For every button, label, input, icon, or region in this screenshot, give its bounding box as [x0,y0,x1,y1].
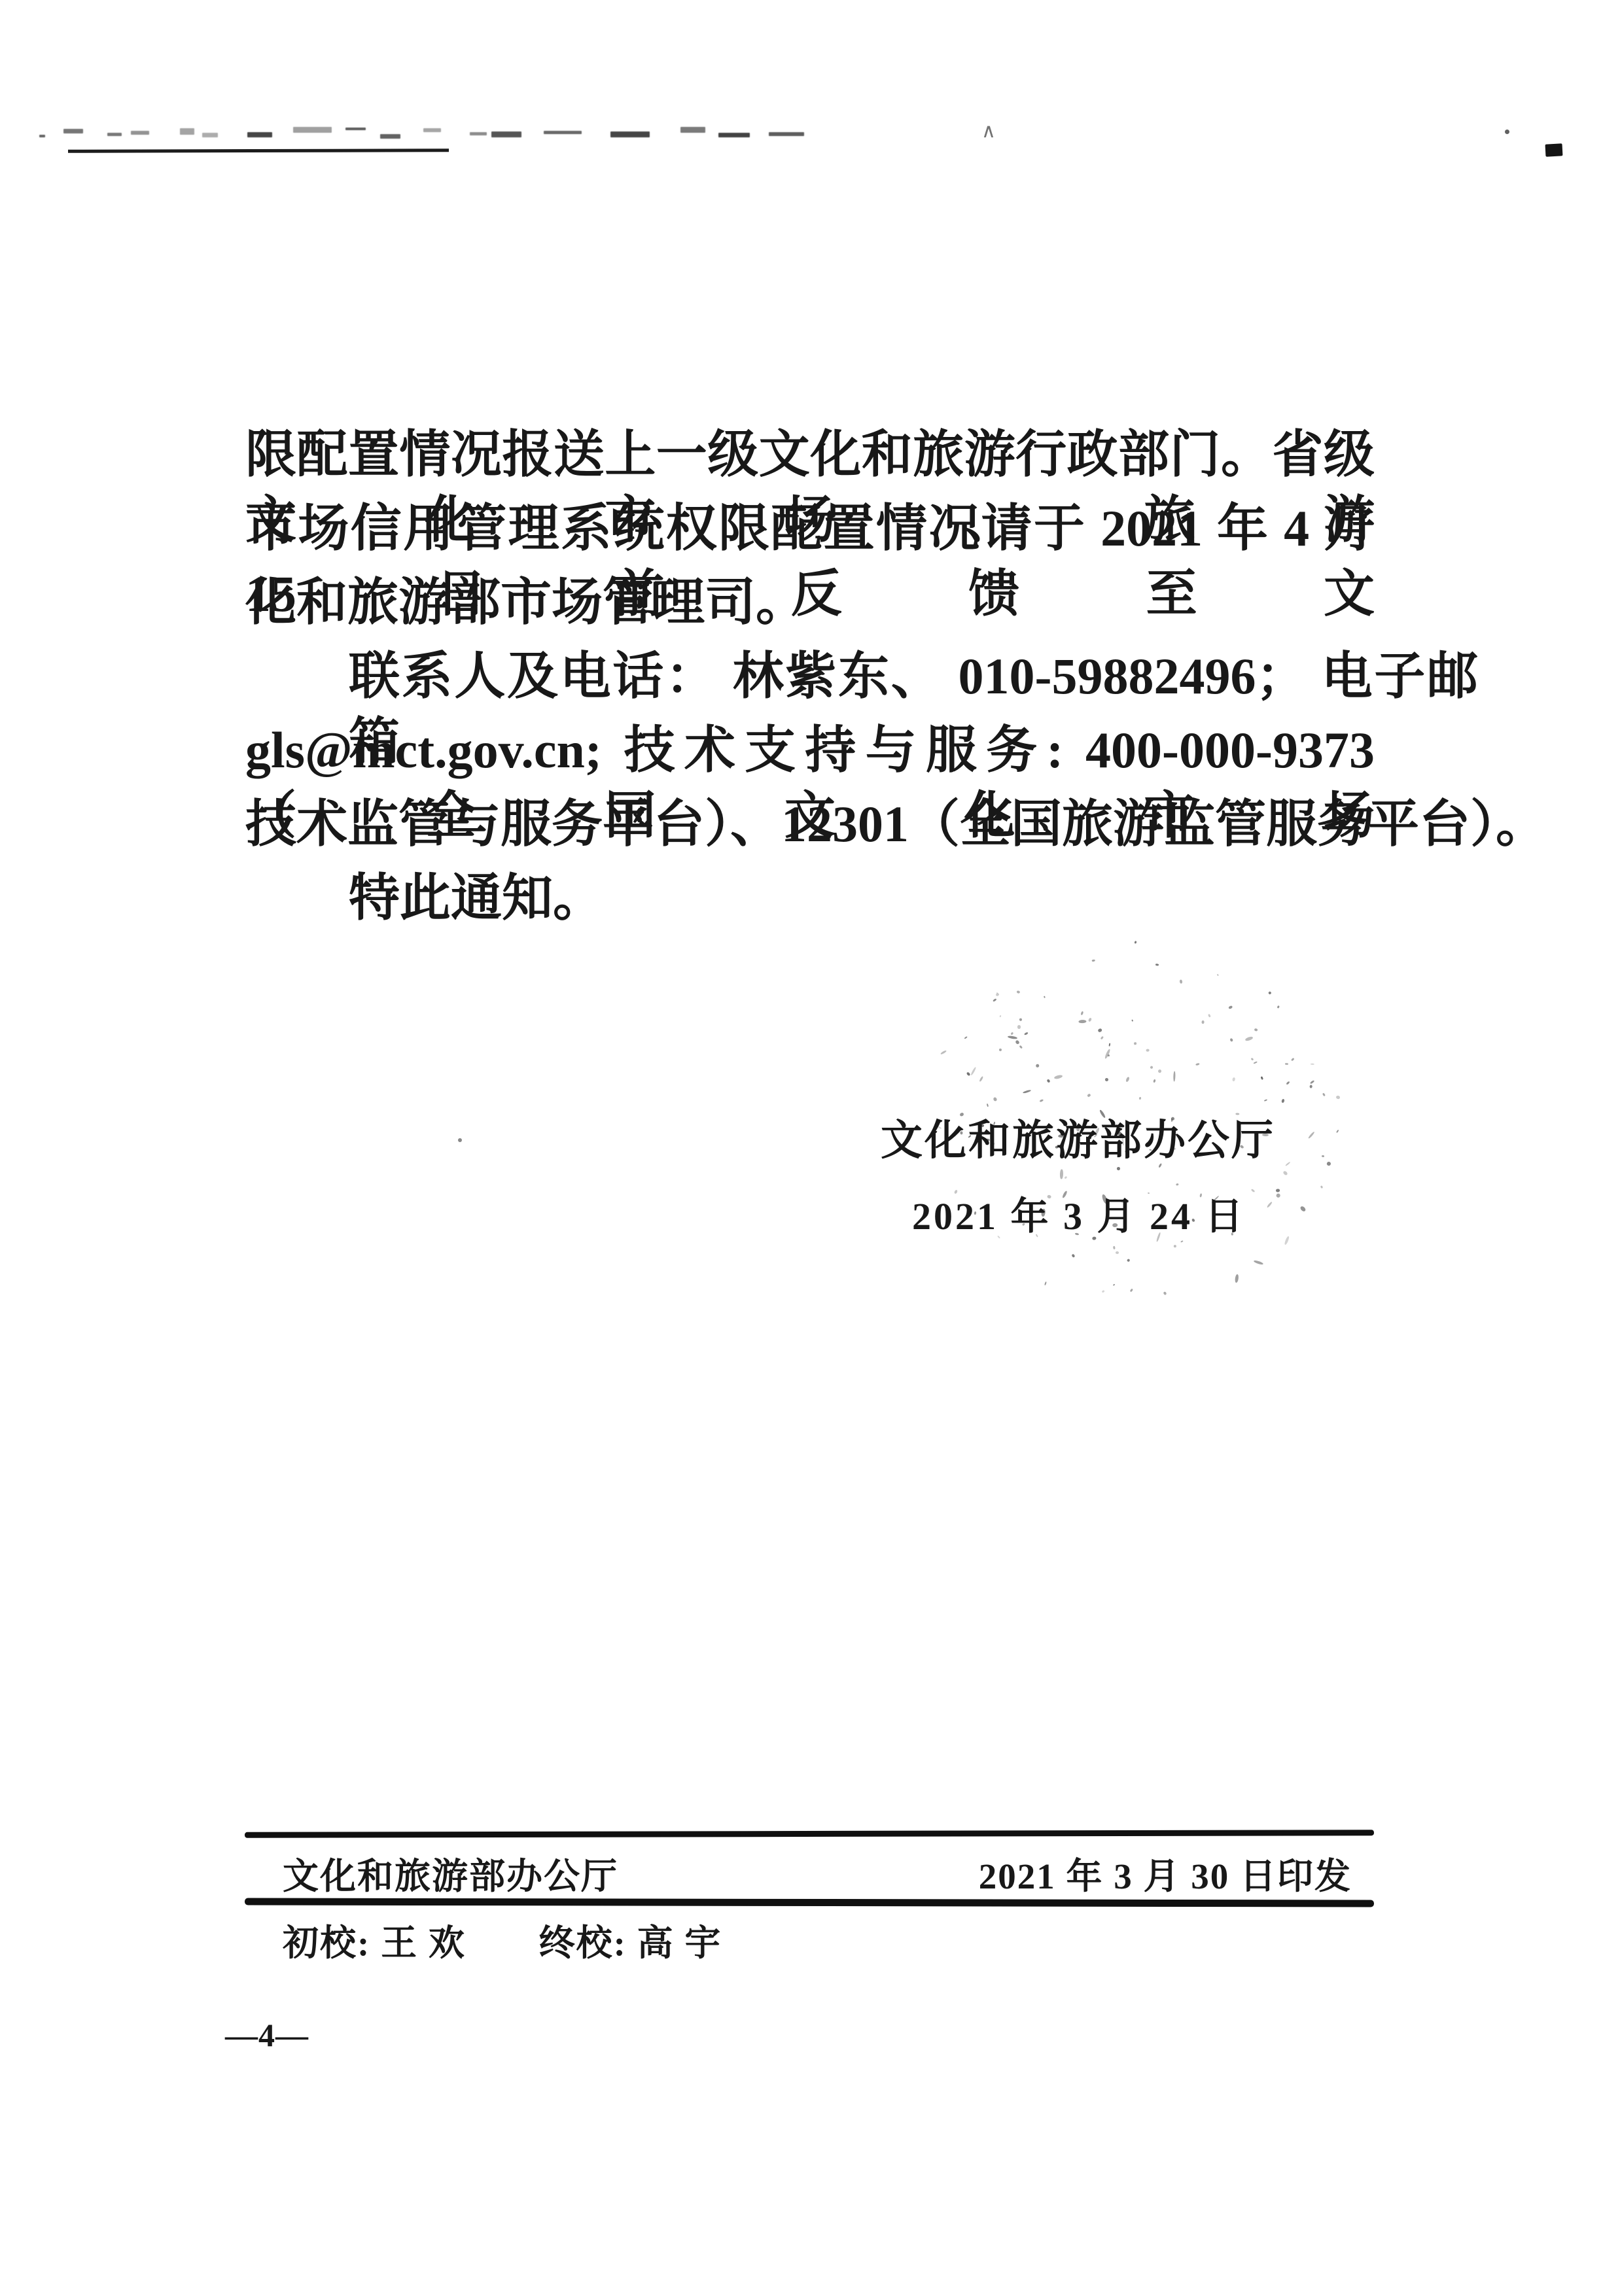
page-number: —4— [225,2016,309,2054]
caret-mark-artifact: ∧ [981,123,998,140]
header-underline-artifact [68,148,449,153]
footer-print-date: 2021 年 3 月 30 日印发 [979,1856,1352,1897]
body-paragraph1-line3: 化和旅游部市场管理司。 [245,570,1375,635]
footer-issuer: 文化和旅游部办公厅 [283,1856,618,1897]
footer-issuer-row: 文化和旅游部办公厅 2021 年 3 月 30 日印发 [245,1856,1374,1897]
body-paragraph1-line2: 市场信用管理系统权限配置情况请于 2021 年 4 月 15 日前反馈至文 [245,496,1375,561]
signature-date: 2021 年 3 月 24 日 [912,1185,1246,1240]
signature-organization: 文化和旅游部办公厅 [881,1107,1275,1167]
footer-proofread-first: 初校: 王 欢 [283,1923,466,1963]
body-paragraph1-line1: 限配置情况报送上一级文化和旅游行政部门。省级文化市场、旅游 [245,422,1375,487]
footer-proofread-row: 初校: 王 欢 终校: 高 宇 [283,1923,784,1964]
footer-middle-rule [245,1898,1374,1907]
footer-proofread-final: 终校: 高 宇 [539,1923,722,1963]
scanned-document-page: ∧ 限配置情况报送上一级文化和旅游行政部门。省级文化市场、旅游 市场信用管理系统… [0,0,1620,2296]
speck-artifact [1505,130,1509,134]
black-blob-artifact [1545,143,1563,156]
body-paragraph2-line2: gls@mct.gov.cn; 技术支持与服务: 400-000-9373（全国… [245,718,1375,783]
closing-line: 特此通知。 [245,865,1478,931]
footer-top-rule [245,1830,1374,1838]
illegible-header-scan-artifact [39,122,811,141]
body-paragraph2-line1: 联系人及电话： 林紫东、 010-59882496； 电子邮箱 [245,644,1478,709]
body-paragraph2-line3: 技术监管与服务平台）、12301（全国旅游监管服务平台）。 [245,791,1375,857]
speck-artifact [458,1138,462,1142]
